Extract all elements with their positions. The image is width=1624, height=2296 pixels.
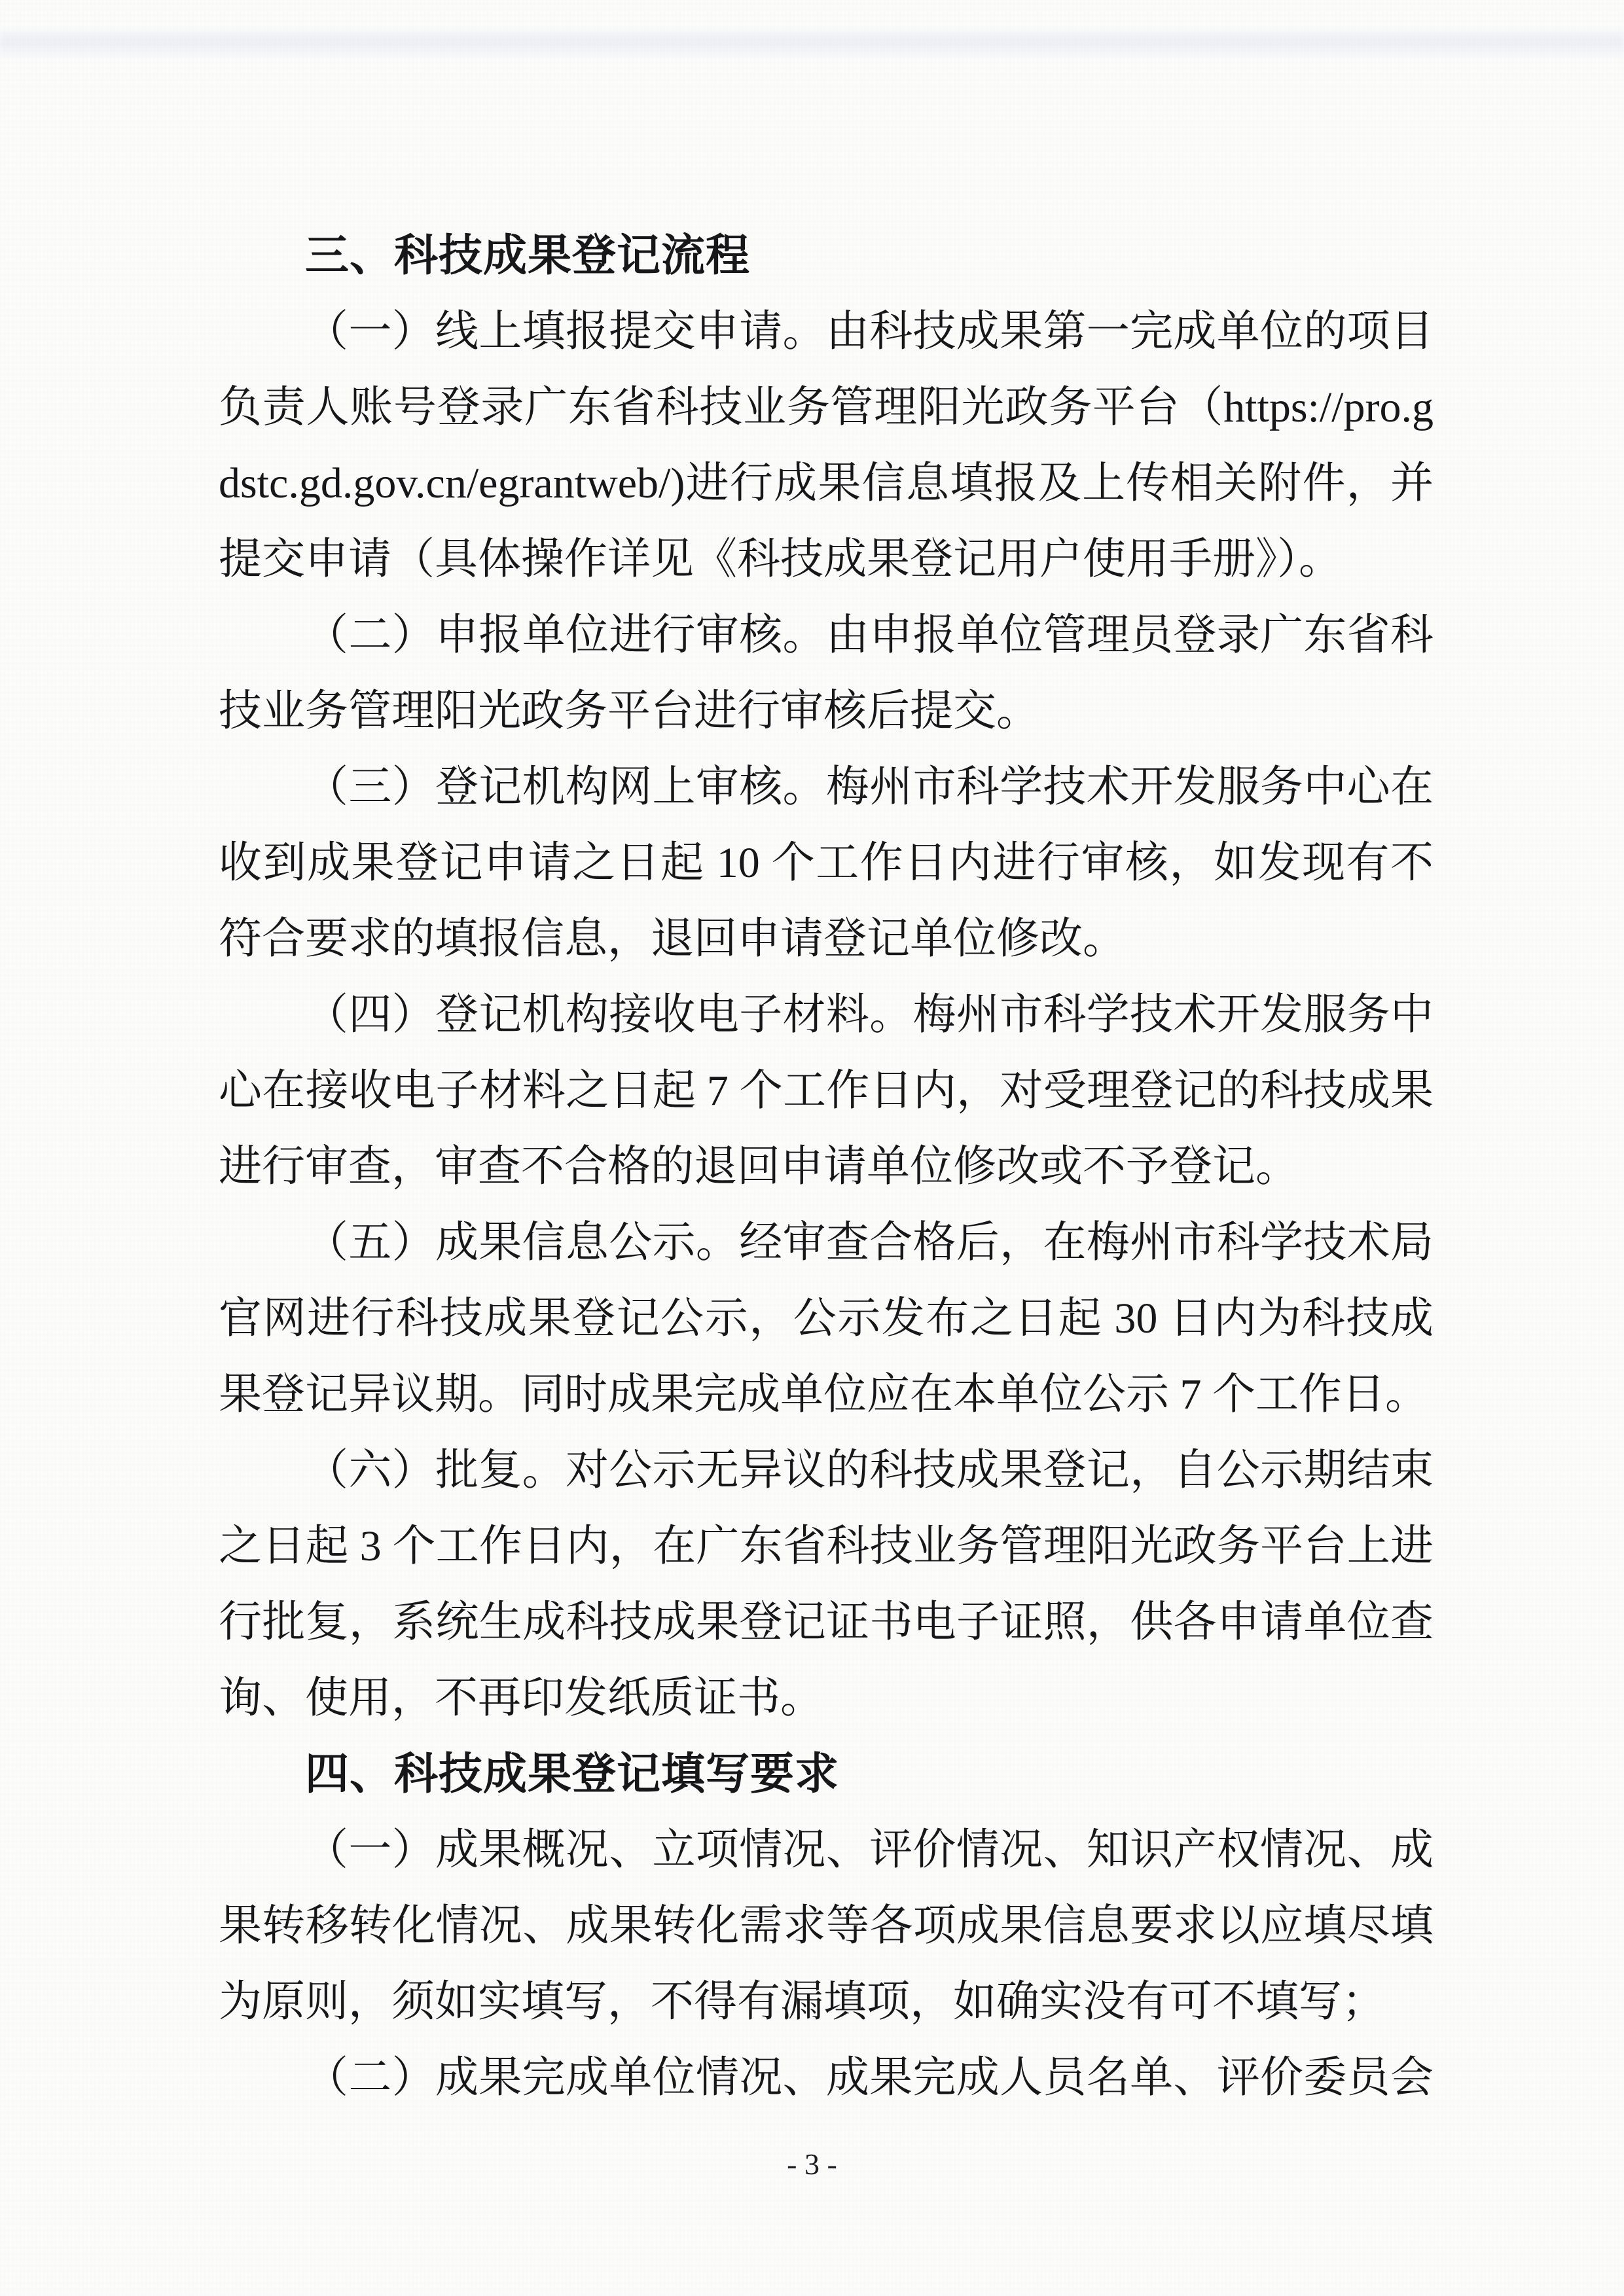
text-line: （五）成果信息公示。经审查合格后，在梅州市科学技术局 — [219, 1205, 1434, 1281]
text-line: 之日起 3 个工作日内，在广东省科技业务管理阳光政务平台上进 — [219, 1509, 1434, 1585]
scanned-document-page: 三、科技成果登记流程 （一）线上填报提交申请。由科技成果第一完成单位的项目 负责… — [0, 0, 1624, 2296]
text-line: 符合要求的填报信息，退回申请登记单位修改。 — [219, 901, 1434, 977]
text-line: 心在接收电子材料之日起 7 个工作日内，对受理登记的科技成果 — [219, 1053, 1434, 1129]
text-line: 行批复，系统生成科技成果登记证书电子证照，供各申请单位查 — [219, 1585, 1434, 1660]
text-line: （二）申报单位进行审核。由申报单位管理员登录广东省科 — [219, 598, 1434, 673]
text-line: 提交申请（具体操作详见《科技成果登记用户使用手册》）。 — [219, 522, 1434, 598]
section-heading-3: 三、科技成果登记流程 — [219, 218, 1434, 294]
document-body: 三、科技成果登记流程 （一）线上填报提交申请。由科技成果第一完成单位的项目 负责… — [219, 218, 1434, 2116]
text-line: （一）线上填报提交申请。由科技成果第一完成单位的项目 — [219, 294, 1434, 370]
text-line: 询、使用，不再印发纸质证书。 — [219, 1660, 1434, 1736]
text-line: 进行审查，审查不合格的退回申请单位修改或不予登记。 — [219, 1129, 1434, 1205]
text-line: （二）成果完成单位情况、成果完成人员名单、评价委员会 — [219, 2040, 1434, 2116]
text-line: （一）成果概况、立项情况、评价情况、知识产权情况、成 — [219, 1812, 1434, 1888]
text-line: 为原则，须如实填写，不得有漏填项，如确实没有可不填写； — [219, 1964, 1434, 2040]
text-line: 技业务管理阳光政务平台进行审核后提交。 — [219, 673, 1434, 749]
text-line: （三）登记机构网上审核。梅州市科学技术开发服务中心在 — [219, 749, 1434, 825]
text-line: 官网进行科技成果登记公示，公示发布之日起 30 日内为科技成 — [219, 1281, 1434, 1357]
section-heading-4: 四、科技成果登记填写要求 — [219, 1736, 1434, 1812]
text-line: 收到成果登记申请之日起 10 个工作日内进行审核，如发现有不 — [219, 825, 1434, 901]
text-line: （六）批复。对公示无异议的科技成果登记，自公示期结束 — [219, 1433, 1434, 1509]
text-line: （四）登记机构接收电子材料。梅州市科学技术开发服务中 — [219, 977, 1434, 1053]
scan-artifact-band — [0, 26, 1624, 60]
text-line: dstc.gd.gov.cn/egrantweb/)进行成果信息填报及上传相关附… — [219, 446, 1434, 522]
text-line: 负责人账号登录广东省科技业务管理阳光政务平台（https://pro.g — [219, 370, 1434, 446]
page-number: - 3 - — [0, 2135, 1624, 2194]
text-line: 果转移转化情况、成果转化需求等各项成果信息要求以应填尽填 — [219, 1888, 1434, 1964]
text-line: 果登记异议期。同时成果完成单位应在本单位公示 7 个工作日。 — [219, 1357, 1434, 1433]
